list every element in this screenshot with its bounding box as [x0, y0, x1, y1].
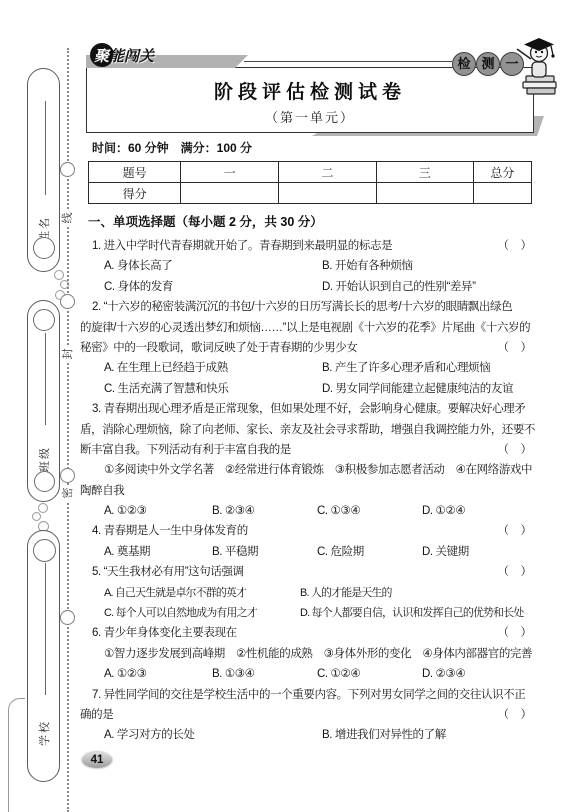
question-1-options: C. 身体的发育D. 开始认识到自己的性别“差异” — [80, 277, 532, 297]
question-2-stem: （ ）秘密》中的一段歌词，歌词反映了处于青春期的少男少女 — [80, 338, 532, 358]
stem-line: 4. 青春期是人一生中身体发育的 — [92, 525, 248, 537]
question-3-options: A. ①②③B. ②③④C. ①③④D. ①②④ — [80, 501, 532, 521]
score-table-cell: 二 — [279, 162, 376, 183]
score-table-header-row: 题号 一 二 三 总分 — [89, 162, 532, 183]
stem-line: 断丰富自我。下列活动有利于丰富自我的是 — [80, 444, 291, 456]
capsule-blank-line — [45, 563, 46, 695]
binder-hole-icon — [33, 237, 55, 259]
option: C. 每个人可以自然地成为有用之才 — [104, 603, 300, 623]
answer-bracket: （ ） — [498, 623, 533, 643]
section-title: 一、单项选择题（每小题 2 分，共 30 分） — [80, 213, 532, 231]
question-3-subitems: 陶醉自我 — [80, 481, 532, 501]
header-rule — [244, 61, 452, 62]
option: A. 奠基期 — [104, 542, 212, 562]
stem-line: 盾，消除心理烦恼，除了向老师、家长、亲友及社会寻求帮助，增强自我调控能力外，还要… — [80, 424, 535, 436]
page-number-badge: 41 — [82, 752, 112, 768]
answer-bracket: （ ） — [498, 562, 533, 582]
option: C. 危险期 — [317, 542, 422, 562]
option: A. 身体长高了 — [104, 256, 322, 276]
stem-line: 5. “天生我材必有用”这句话强调 — [92, 566, 244, 578]
bead-icon — [54, 270, 64, 280]
option: D. ②③④ — [422, 664, 465, 684]
option: D. 开始认识到自己的性别“差异” — [322, 277, 476, 297]
option: C. ①③④ — [317, 501, 422, 521]
score-table: 题号 一 二 三 总分 得分 — [88, 161, 532, 204]
option: B. 开始有各种烦恼 — [322, 256, 413, 276]
exam-title: 阶段评估检测试卷 — [87, 77, 533, 104]
seal-char: 封 — [60, 346, 76, 362]
stem-line: 6. 青少年身体变化主要表现在 — [92, 627, 237, 639]
binder-hole-icon — [34, 471, 55, 492]
option: D. ①②④ — [422, 501, 465, 521]
bead-icon — [32, 512, 41, 521]
question-3-stem: （ ）断丰富自我。下列活动有利于丰富自我的是 — [80, 440, 532, 460]
score-table-cell: 一 — [181, 162, 279, 183]
class-field-capsule: 班级 — [27, 300, 60, 502]
capsule-label: 学校 — [36, 720, 52, 746]
option: A. 自己天生就是卓尔不群的英才 — [104, 583, 300, 603]
graduate-mascot-icon — [514, 36, 558, 101]
fold-dot-icon — [60, 468, 75, 483]
option: A. ①②③ — [104, 501, 212, 521]
question-3-stem: 3. 青春期出现心理矛盾是正常现象，但如果处理不好，会影响身心健康。要解决好心理… — [80, 399, 532, 419]
score-input-cell — [279, 183, 376, 204]
facing-page-edge — [8, 698, 25, 812]
question-6-options: A. ①②③B. ①③④C. ①②④D. ②③④ — [80, 664, 532, 684]
school-field-capsule: 学校 — [27, 530, 60, 782]
option: A. ①②③ — [104, 664, 212, 684]
capsule-blank-line — [45, 333, 46, 425]
stem-line: 秘密》中的一段歌词，歌词反映了处于青春期的少男少女 — [80, 342, 358, 354]
question-2-options: A. 在生理上已经趋于成熟B. 产生了许多心理矛盾和心理烦恼 — [80, 358, 498, 378]
option: D. 每个人都要自信，认识和发挥自己的优势和长处 — [300, 603, 523, 623]
seal-char: 密 — [60, 485, 76, 501]
score-table-score-row: 得分 — [89, 183, 532, 204]
option: B. ①③④ — [212, 664, 317, 684]
answer-bracket: （ ） — [498, 236, 533, 256]
fold-dot-icon — [60, 294, 75, 309]
stem-line: 1. 进入中学时代青春期就开始了。青春期到来最明显的标志是 — [92, 240, 392, 252]
binder-hole-icon — [33, 309, 55, 331]
brand-text: 聚能闯关 — [94, 45, 154, 66]
exam-body: 时间：60 分钟 满分：100 分 题号 一 二 三 总分 得分 — [80, 140, 532, 746]
question-6-stem: （ ）6. 青少年身体变化主要表现在 — [80, 623, 532, 643]
stem-line: 的旋律/十六岁的心灵透出梦幻和烦恼……”以上是电视剧《十六岁的花季》片尾曲《十六… — [80, 322, 530, 334]
option: C. 生活充满了智慧和快乐 — [104, 379, 322, 399]
stem-line: 7. 异性同学间的交往是学校生活中的一个重要内容。下列对男女同学之间的交往认识不… — [92, 689, 525, 701]
question-2-stem: 的旋律/十六岁的心灵透出梦幻和烦恼……”以上是电视剧《十六岁的花季》片尾曲《十六… — [80, 318, 532, 338]
question-5-stem: （ ）5. “天生我材必有用”这句话强调 — [80, 562, 532, 582]
option: B. 增进我们对异性的了解 — [322, 725, 446, 745]
answer-bracket: （ ） — [498, 521, 533, 541]
badge-circle: 测 — [476, 52, 500, 76]
option: C. 身体的发育 — [104, 277, 322, 297]
answer-bracket: （ ） — [498, 440, 533, 460]
answer-bracket: （ ） — [498, 705, 533, 725]
question-1-options: A. 身体长高了B. 开始有各种烦恼 — [80, 256, 498, 276]
option: B. 产生了许多心理矛盾和心理烦恼 — [322, 358, 490, 378]
name-field-capsule: 姓名 — [27, 68, 60, 272]
question-2-options: C. 生活充满了智慧和快乐D. 男女同学间能建立起健康纯洁的友谊 — [80, 379, 532, 399]
option: C. ①②④ — [317, 664, 422, 684]
stem-line: 2. “十六岁的秘密装满沉沉的书包/十六岁的日历写满长长的思考/十六岁的眼睛飘出… — [92, 301, 512, 313]
stem-line: 3. 青春期出现心理矛盾是正常现象，但如果处理不好，会影响身心健康。要解决好心理… — [92, 403, 525, 415]
option: D. 男女同学间能建立起健康纯洁的友谊 — [322, 379, 513, 399]
score-input-cell — [376, 183, 473, 204]
sub-item-line: ①智力逐步发展到高峰期 ②性机能的成熟 ③身体外形的变化 ④身体内部器官的完善 — [104, 648, 532, 660]
sub-item-line: ①多阅读中外文学名著 ②经常进行体育锻炼 ③积极参加志愿者活动 ④在网络游戏中 — [104, 464, 532, 476]
score-input-cell — [181, 183, 279, 204]
option: A. 学习对方的长处 — [104, 725, 322, 745]
bead-icon — [38, 503, 48, 513]
score-table-cell: 三 — [376, 162, 473, 183]
option: B. 人的才能是天生的 — [300, 583, 392, 603]
question-4-options: A. 奠基期B. 平稳期C. 危险期D. 关键期 — [80, 542, 498, 562]
stem-line: 确的是 — [80, 709, 113, 721]
exam-title-box: 阶段评估检测试卷 （第一单元） — [86, 67, 534, 133]
sub-item-line: 陶醉自我 — [80, 485, 124, 497]
question-4-stem: （ ）4. 青春期是人一生中身体发育的 — [80, 521, 532, 541]
score-table-cell: 总分 — [473, 162, 531, 183]
question-5-options: A. 自己天生就是卓尔不群的英才B. 人的才能是天生的 — [80, 583, 498, 603]
question-6-subitems: ①智力逐步发展到高峰期 ②性机能的成熟 ③身体外形的变化 ④身体内部器官的完善 — [80, 644, 532, 664]
score-table-cell: 题号 — [89, 162, 181, 183]
exam-subtitle: （第一单元） — [87, 107, 533, 126]
question-1-stem: （ ）1. 进入中学时代青春期就开始了。青春期到来最明显的标志是 — [80, 236, 532, 256]
question-3-subitems: ①多阅读中外文学名著 ②经常进行体育锻炼 ③积极参加志愿者活动 ④在网络游戏中 — [80, 460, 532, 480]
score-table-cell: 得分 — [89, 183, 181, 204]
question-7-stem: （ ）确的是 — [80, 705, 532, 725]
badge-circle: 检 — [452, 52, 476, 76]
option: D. 关键期 — [422, 542, 469, 562]
binder-hole-icon — [33, 539, 56, 562]
questions-list: （ ）1. 进入中学时代青春期就开始了。青春期到来最明显的标志是 A. 身体长高… — [80, 236, 532, 746]
question-2-stem: 2. “十六岁的秘密装满沉沉的书包/十六岁的日历写满长长的思考/十六岁的眼睛飘出… — [80, 297, 532, 317]
fold-dot-icon — [60, 162, 75, 177]
score-input-cell — [473, 183, 531, 204]
option: B. ②③④ — [212, 501, 317, 521]
seal-char: 线 — [60, 210, 76, 226]
question-5-options: C. 每个人可以自然地成为有用之才D. 每个人都要自信，认识和发挥自己的优势和长… — [80, 603, 532, 623]
exam-paper-page: 线 封 密 姓名 班级 学校 阶段评估检测试卷 （第一单元） 聚能闯关 检 测 … — [0, 0, 580, 812]
answer-bracket: （ ） — [498, 338, 533, 358]
exam-meta: 时间：60 分钟 满分：100 分 — [80, 140, 532, 156]
option: A. 在生理上已经趋于成熟 — [104, 358, 322, 378]
question-3-stem: 盾，消除心理烦恼，除了向老师、家长、亲友及社会寻求帮助，增强自我调控能力外，还要… — [80, 420, 532, 440]
question-7-options: A. 学习对方的长处B. 增进我们对异性的了解 — [80, 725, 498, 745]
capsule-label: 班级 — [36, 446, 52, 472]
question-7-stem: 7. 异性同学间的交往是学校生活中的一个重要内容。下列对男女同学之间的交往认识不… — [80, 685, 532, 705]
capsule-blank-line — [45, 101, 46, 195]
option: B. 平稳期 — [212, 542, 317, 562]
fold-dot-icon — [60, 610, 75, 625]
